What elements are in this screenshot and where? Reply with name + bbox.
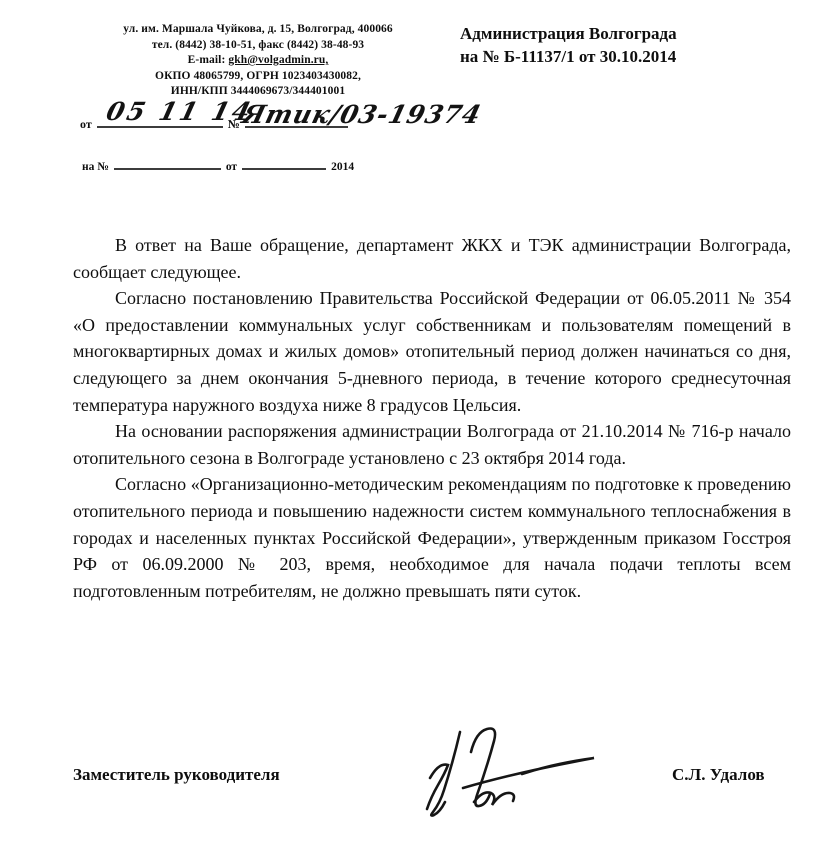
reply-number-blank: [114, 150, 221, 170]
sender-inn-kpp: ИНН/КПП 3444069673/344401001: [72, 84, 444, 100]
sender-email-line: E-mail: gkh@volgadmin.ru,: [72, 53, 444, 69]
reply-label: на №: [82, 161, 109, 173]
outgoing-reference-line: от05 11 14№Ятик/03-19374: [80, 108, 353, 132]
recipient-reference: на № Б-11137/1 от 30.10.2014: [460, 45, 677, 68]
paragraph-order-716r: На основании распоряжения администрации …: [73, 418, 791, 471]
reply-date-blank: [242, 150, 326, 170]
letterhead-sender-block: ул. им. Маршала Чуйкова, д. 15, Волгогра…: [72, 22, 444, 100]
paragraph-gosstroy-203: Согласно «Организационно-методическим ре…: [73, 471, 791, 604]
signer-position: Заместитель руководителя: [73, 765, 280, 785]
paragraph-decree-354: Согласно постановлению Правительства Рос…: [73, 285, 791, 418]
recipient-name: Администрация Волгограда: [460, 22, 677, 45]
paragraph-intro: В ответ на Ваше обращение, департамент Ж…: [73, 232, 791, 285]
date-blank-line: 05 11 14: [97, 108, 223, 128]
letterhead-recipient-block: Администрация Волгограда на № Б-11137/1 …: [460, 22, 677, 68]
handwritten-number: Ятик/03-19374: [239, 100, 484, 129]
letter-body: В ответ на Ваше обращение, департамент Ж…: [73, 232, 791, 604]
email-label: E-mail:: [188, 54, 229, 66]
sender-phone: тел. (8442) 38-10-51, факс (8442) 38-48-…: [72, 38, 444, 54]
reply-from-label: от: [226, 161, 237, 173]
sender-address: ул. им. Маршала Чуйкова, д. 15, Волгогра…: [72, 22, 444, 38]
sender-okpo-ogrn: ОКПО 48065799, ОГРН 1023403430082,: [72, 69, 444, 85]
signer-name: С.Л. Удалов: [672, 765, 765, 785]
from-label: от: [80, 117, 92, 131]
email-address: gkh@volgadmin.ru,: [228, 54, 328, 66]
letter-page: ул. им. Маршала Чуйкова, д. 15, Волгогра…: [0, 0, 815, 844]
number-blank-line: Ятик/03-19374: [245, 108, 348, 128]
reply-reference-line: на №от2014: [82, 150, 354, 173]
number-label: №: [228, 117, 240, 131]
reply-year: 2014: [331, 161, 354, 173]
signature-ink: [408, 722, 608, 832]
